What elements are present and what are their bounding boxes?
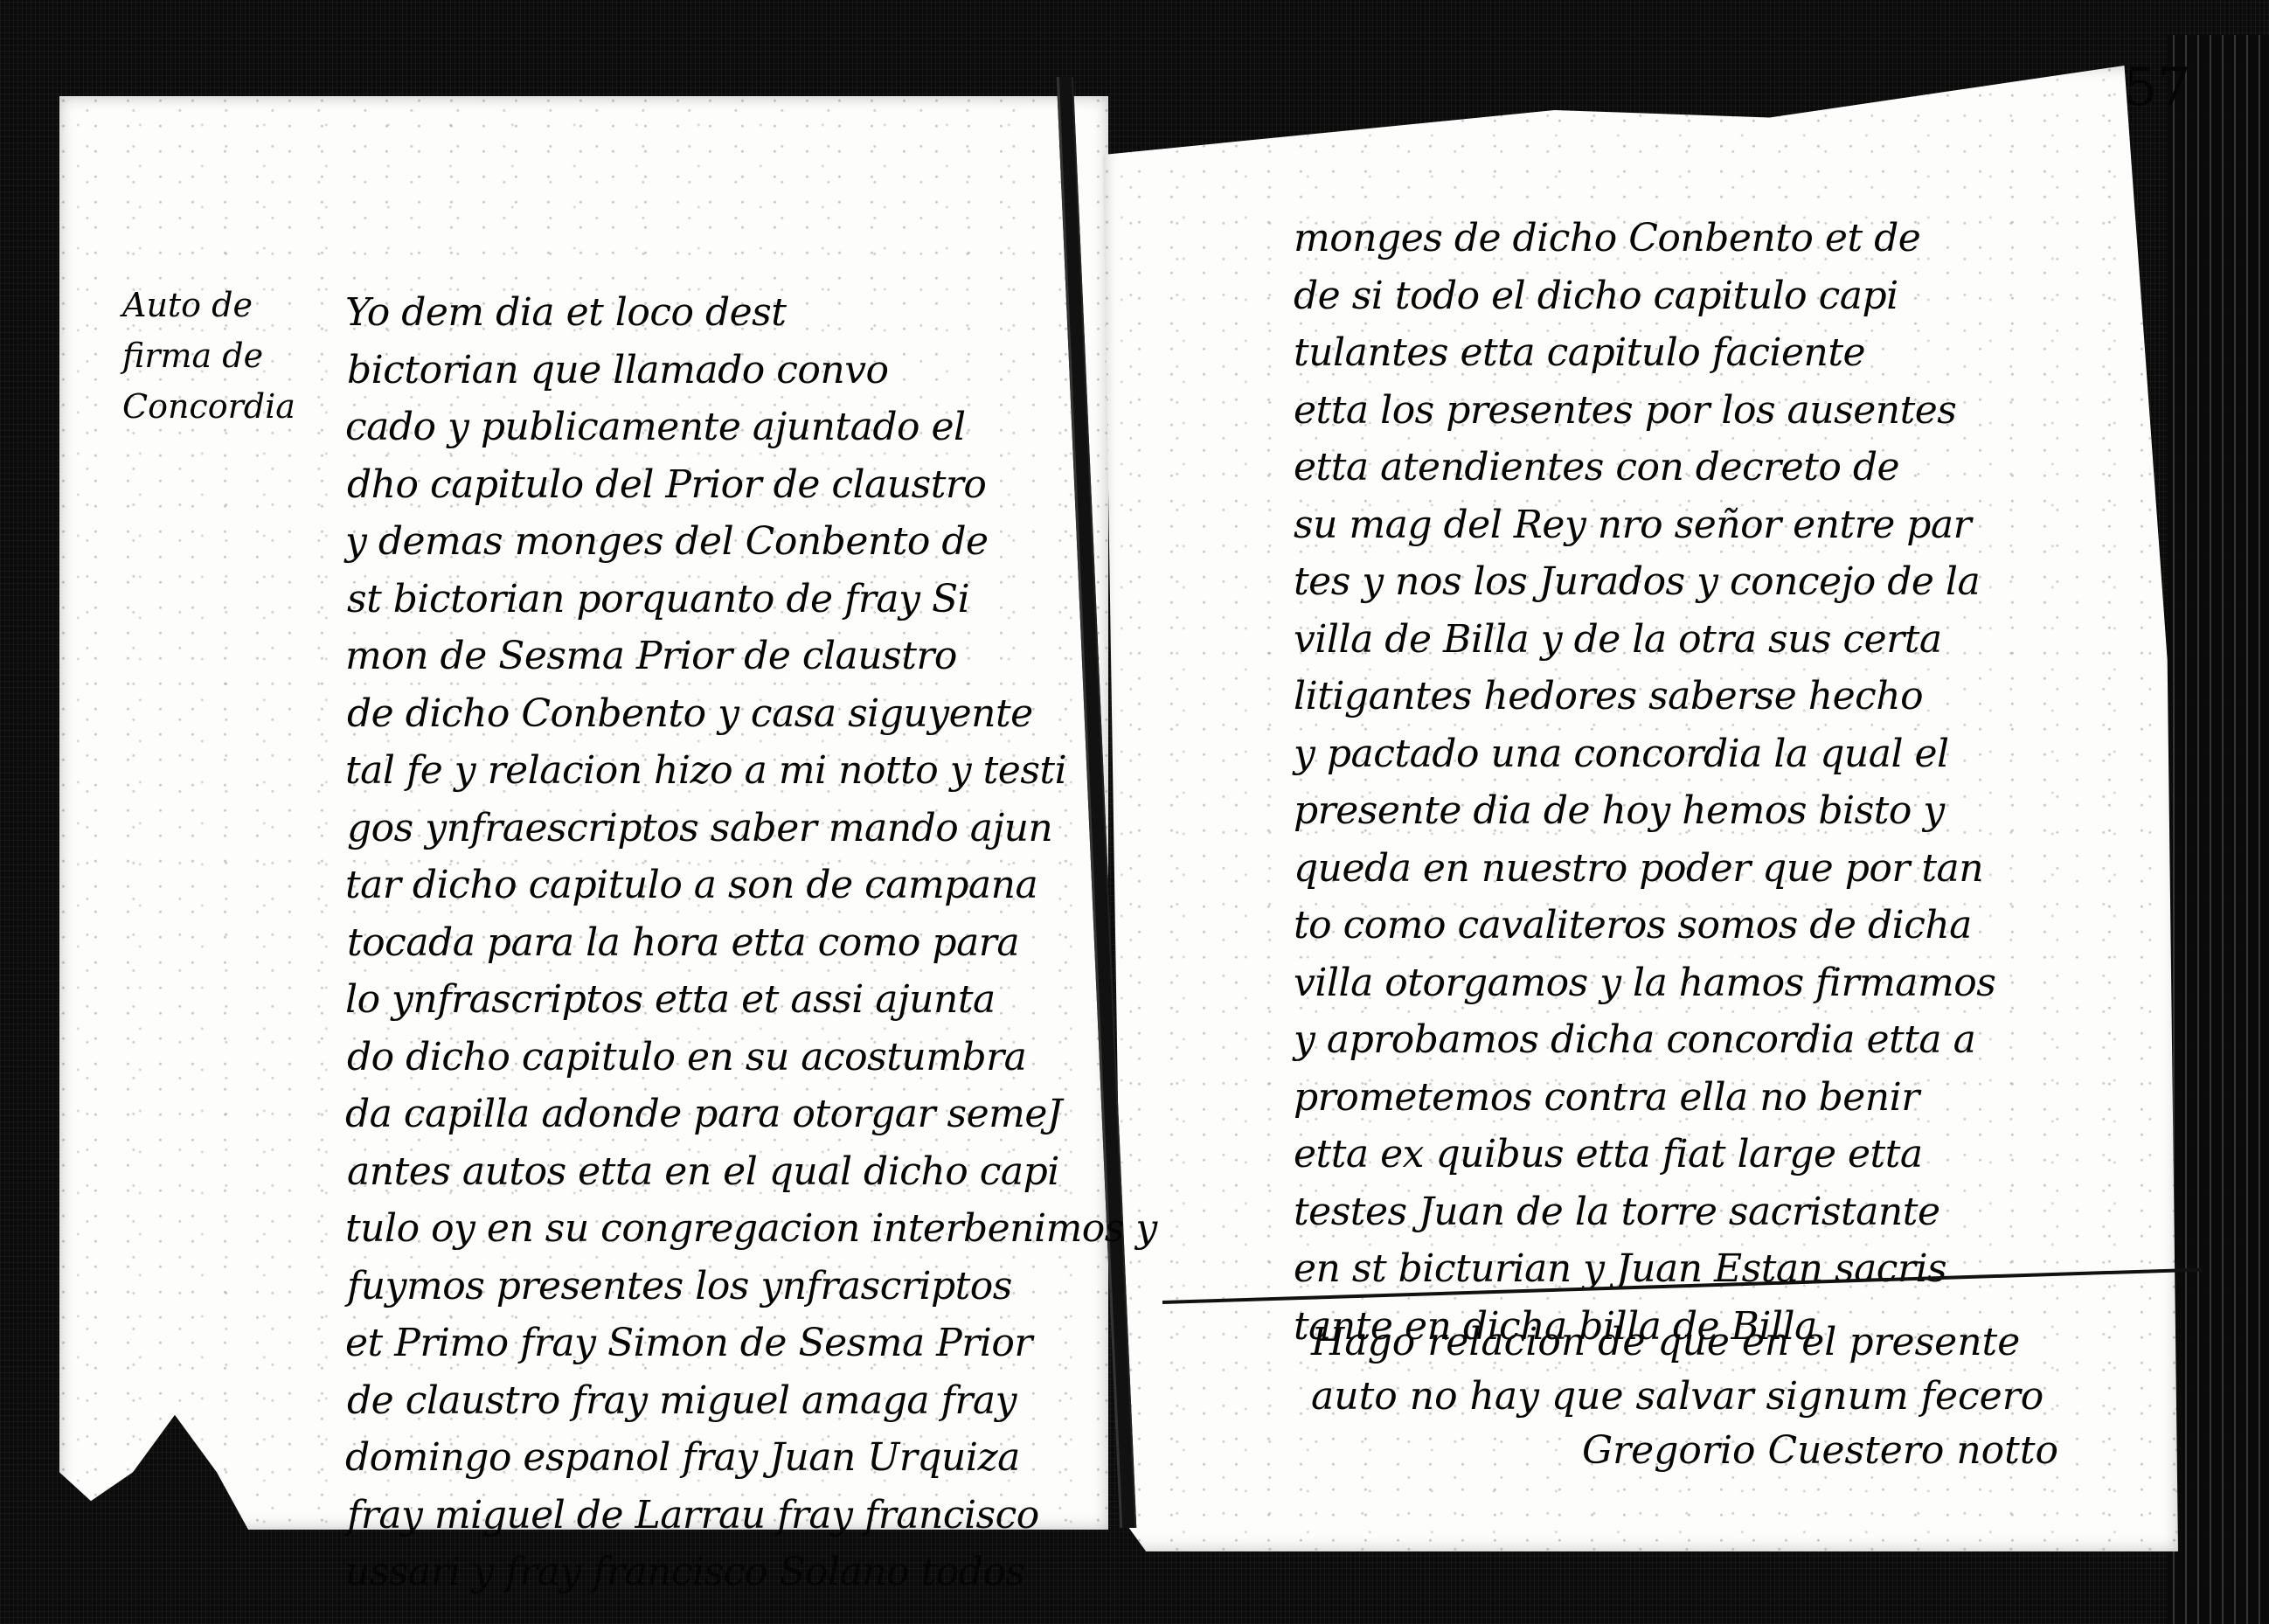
margin-note-line: firma de [122, 330, 295, 381]
text-line: bictorian que llamado convo [347, 342, 1159, 399]
text-line: etta ex quibus etta fiat large etta [1294, 1126, 1995, 1183]
text-line: de si todo el dicho capitulo capi [1294, 267, 1995, 325]
text-line: lo ynfrascriptos etta et assi ajunta [345, 971, 1157, 1029]
text-line: etta los presentes por los ausentes [1294, 382, 1995, 440]
closing-line: Hago relacion de que en el presente [1311, 1315, 2058, 1370]
text-line: y demas monges del Conbento de [345, 513, 1157, 571]
text-line: da capilla adonde para otorgar semeJ [345, 1086, 1157, 1143]
text-line: de claustro fray miguel amaga fray [347, 1372, 1159, 1430]
text-line: su mag del Rey nro señor entre par [1294, 496, 1995, 554]
text-line: y aprobamos dicha concordia etta a [1294, 1011, 1995, 1069]
text-line: tal fe y relacion hizo a mi notto y test… [345, 742, 1157, 800]
text-line: st bictorian porquanto de fray Si [347, 571, 1159, 628]
text-line: litigantes hedores saberse hecho [1294, 668, 1995, 725]
text-line: tar dicho capitulo a son de campana [345, 857, 1157, 914]
text-line: etta atendientes con decreto de [1294, 439, 1995, 496]
text-line: tocada para la hora etta como para [347, 914, 1159, 972]
text-line: y pactado una concordia la qual el [1294, 725, 1995, 783]
text-line: fuymos presentes los ynfrascriptos [347, 1258, 1159, 1315]
text-line: domingo espanol fray Juan Urquiza [345, 1429, 1157, 1487]
text-line: villa otorgamos y la hamos firmamos [1294, 954, 1995, 1012]
folio-number: 57 [2124, 57, 2190, 118]
book-edge [2168, 35, 2269, 1624]
text-line: en st bicturian y Juan Estan sacris [1294, 1240, 1995, 1298]
text-line: et Primo fray Simon de Sesma Prior [345, 1315, 1157, 1372]
text-line: tulo oy en su congregacion interbenimos … [345, 1200, 1157, 1258]
text-line: do dicho capitulo en su acostumbra [347, 1029, 1159, 1086]
text-line: to como cavaliteros somos de dicha [1294, 897, 1995, 954]
text-line: gos ynfraescriptos saber mando ajun [347, 800, 1159, 857]
text-line: fray miguel de Larrau fray francisco [347, 1487, 1159, 1544]
text-line: dho capitulo del Prior de claustro [347, 456, 1159, 514]
notary-signature: Gregorio Cuestero notto [1311, 1424, 2058, 1478]
text-line: ussari y fray francisco Solano todos [345, 1544, 1157, 1601]
text-line: cado y publicamente ajuntado el [345, 399, 1157, 456]
text-line: tes y nos los Jurados y concejo de la [1294, 553, 1995, 611]
text-line: mon de Sesma Prior de claustro [345, 628, 1157, 685]
text-line: queda en nuestro poder que por tan [1294, 840, 1995, 898]
text-line: testes Juan de la torre sacristante [1294, 1183, 1995, 1241]
margin-note-line: Auto de [122, 280, 295, 330]
text-line: villa de Billa y de la otra sus certa [1294, 611, 1995, 669]
text-line: monges de dicho Conbento et de [1294, 210, 1995, 267]
text-line: presente dia de hoy hemos bisto y [1294, 782, 1995, 840]
text-line: antes autos etta en el qual dicho capi [347, 1143, 1159, 1201]
text-line: prometemos contra ella no benir [1294, 1069, 1995, 1127]
left-page-body: Yo dem dia et loco dest bictorian que ll… [345, 284, 1157, 1601]
text-line: tulantes etta capitulo faciente [1294, 324, 1995, 382]
margin-note: Auto de firma de Concordia [122, 280, 295, 432]
text-line: Yo dem dia et loco dest [345, 284, 1157, 342]
notary-closing: Hago relacion de que en el presente auto… [1311, 1315, 2058, 1478]
closing-line: auto no hay que salvar signum fecero [1311, 1370, 2058, 1424]
text-line: de dicho Conbento y casa siguyente [347, 685, 1159, 743]
margin-note-line: Concordia [122, 381, 295, 432]
right-page-body: monges de dicho Conbento et de de si tod… [1294, 210, 1995, 1355]
